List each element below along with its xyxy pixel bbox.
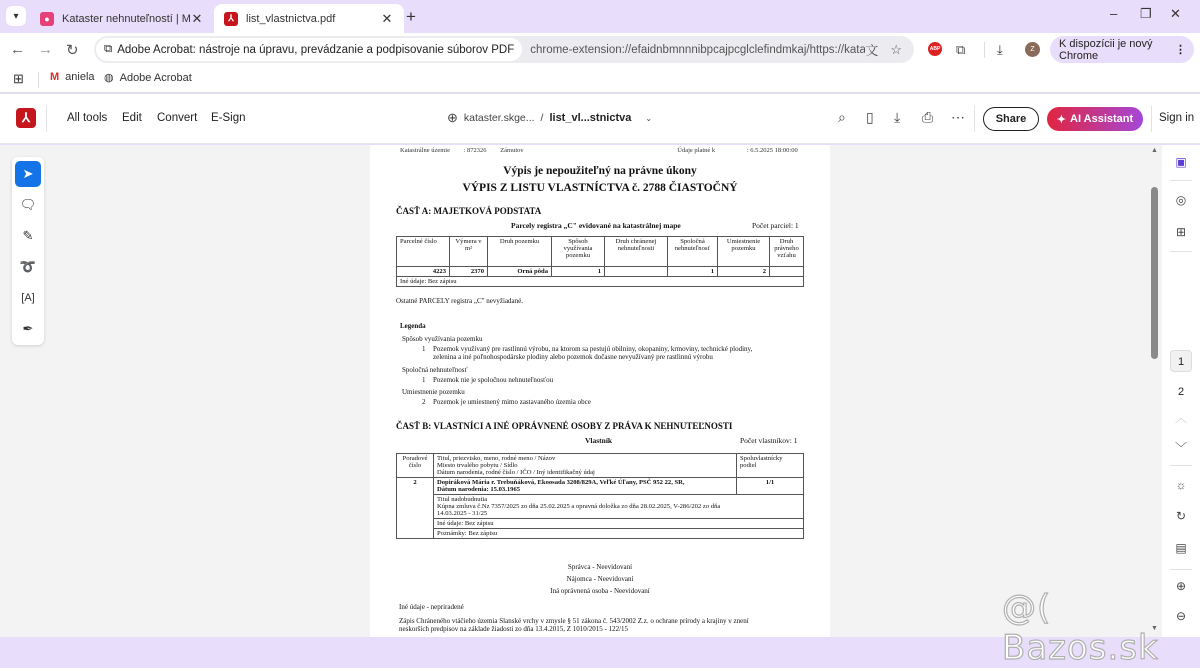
divider	[38, 72, 39, 88]
divider	[984, 42, 985, 58]
adblock-plus-icon[interactable]: ABP	[928, 42, 942, 56]
search-icon[interactable]: ⌕	[838, 109, 846, 126]
globe-icon: ◍	[104, 71, 114, 84]
col-header: Spoluvlastnícky podiel	[737, 454, 804, 478]
part-a-subheading: Parcely registra „C" evidované na katast…	[511, 221, 681, 230]
territory-name: Zámutov	[500, 147, 523, 154]
table-row: 4223 2370 Orná pôda 1 1 2	[397, 267, 804, 277]
legend-text: Pozemok je umiestnený mimo zastavaného ú…	[433, 398, 591, 406]
territory-code: : 872326	[464, 147, 487, 154]
cell	[605, 267, 668, 277]
vertical-scrollbar[interactable]: ▲ ▼	[1148, 145, 1162, 637]
chevron-down-icon[interactable]: ﹀	[1162, 439, 1200, 456]
url-text[interactable]: chrome-extension://efaidnbmnnnibpcajpcgl…	[530, 44, 865, 56]
doc-header: Katastrálne územie : 872326 Zámutov Údaj…	[400, 147, 798, 154]
owner-share: 1/1	[737, 478, 804, 495]
record-text: neskorších predpisov na základe žiadosti…	[399, 625, 628, 633]
gmail-icon: M	[50, 71, 59, 83]
tab-strip: ▾ ● Kataster nehnuteľností | MAPKA ✕ ⅄ l…	[0, 0, 1200, 33]
star-icon[interactable]: ☆	[890, 42, 902, 58]
menu-edit[interactable]: Edit	[122, 112, 142, 124]
breadcrumb-separator: /	[541, 112, 544, 124]
col-header: Druh chránenej nehnuteľnosti	[605, 237, 668, 267]
legend-code: 1	[422, 345, 426, 353]
col-header: Titul, priezvisko, meno, rodné meno / Ná…	[437, 455, 733, 462]
close-window-button[interactable]: ✕	[1170, 6, 1181, 22]
ai-assistant-button[interactable]: ✦ AI Assistant	[1047, 107, 1143, 131]
legend-heading: Spoločná nehnuteľnosť	[402, 366, 468, 374]
menu-all-tools[interactable]: All tools	[67, 112, 107, 124]
zoom-out-icon[interactable]: ⊖	[1162, 609, 1200, 623]
owner-birthdate: Dátum narodenia: 15.03.1965	[437, 486, 733, 493]
tab-kataster[interactable]: ● Kataster nehnuteľností | MAPKA ✕	[30, 4, 214, 33]
remarks: Poznámky: Bez zápisu	[434, 529, 804, 539]
menu-convert[interactable]: Convert	[157, 112, 197, 124]
share-button[interactable]: Share	[983, 107, 1039, 131]
parcel-count: Počet parciel: 1	[752, 221, 799, 230]
ai-assistant-label: AI Assistant	[1070, 113, 1133, 125]
sign-in-link[interactable]: Sign in	[1159, 112, 1194, 124]
cell: 1	[668, 267, 718, 277]
print-icon[interactable]: ⎙	[922, 109, 933, 126]
cell: 1	[552, 267, 605, 277]
record-text: Zápis Chráneného vtáčieho územia Slanské…	[399, 617, 749, 625]
new-tab-button[interactable]: +	[406, 7, 416, 27]
zoom-in-icon[interactable]: ⊕	[1162, 579, 1200, 593]
divider	[1170, 180, 1192, 181]
address-bar[interactable]: ⧉ Adobe Acrobat: nástroje na úpravu, pre…	[94, 36, 914, 63]
extensions-puzzle-icon[interactable]: ⧉	[956, 42, 965, 58]
part-b-subheading: Vlastník	[585, 436, 612, 445]
bookmark-adobe-acrobat[interactable]: ◍ Adobe Acrobat	[104, 71, 192, 84]
page-2-button[interactable]: 2	[1170, 381, 1192, 403]
col-header: Druh právneho vzťahu	[770, 237, 804, 267]
close-tab-icon[interactable]: ✕	[190, 11, 204, 27]
lasso-icon[interactable]: ➰	[15, 254, 41, 280]
cell: Orná pôda	[488, 267, 552, 277]
legend-text: Pozemok nie je spoločnou nehnuteľnosťou	[433, 376, 553, 384]
page-thumbnails-icon[interactable]: ▯	[866, 109, 874, 126]
divider	[46, 106, 47, 132]
file-name: list_vl...stnictva	[549, 112, 631, 124]
col-header: Spoločná nehnuteľnosť	[668, 237, 718, 267]
acrobat-pdf-icon: ⅄	[224, 12, 238, 26]
doc-title-note: Výpis je nepoužiteľný na právne úkony	[370, 165, 830, 177]
kebab-menu-icon[interactable]: ⋮	[1175, 43, 1186, 56]
site-info-chip[interactable]: ⧉ Adobe Acrobat: nástroje na úpravu, pre…	[96, 38, 522, 61]
close-tab-icon[interactable]: ✕	[380, 11, 394, 27]
scrollbar-thumb[interactable]	[1151, 187, 1158, 359]
table-row: 2 Dopiráková Mária r. Trebuňáková, Ekoos…	[397, 478, 804, 495]
cell	[770, 267, 804, 277]
tab-search-button[interactable]: ▾	[6, 6, 26, 26]
rotate-icon[interactable]: ↻	[1162, 509, 1200, 523]
admin-line: Iná oprávnená osoba - Neevidovaní	[370, 587, 830, 595]
other-parcels-note: Ostatné PARCELY registra „C" nevyžiadané…	[396, 297, 523, 305]
col-header: Miesto trvalého pobytu / Sídlo	[437, 462, 733, 469]
acrobat-logo-icon[interactable]: ⅄	[16, 108, 36, 128]
minimize-button[interactable]: –	[1110, 6, 1117, 21]
divider	[1151, 106, 1152, 132]
signature-pen-icon[interactable]: ✒	[15, 316, 41, 342]
scroll-up-icon[interactable]: ▲	[1151, 147, 1158, 154]
owner-count: Počet vlastníkov: 1	[740, 436, 798, 445]
restore-button[interactable]: ❐	[1140, 6, 1152, 22]
legend-heading: Umiestnenie pozemku	[402, 388, 465, 396]
col-header: Poradové číslo	[397, 454, 434, 478]
pdf-page: Katastrálne územie : 872326 Zámutov Údaj…	[370, 145, 830, 637]
tab-title: Kataster nehnuteľností | MAPKA	[62, 13, 190, 25]
parcels-table: Parcelné číslo Výmera v m² Druh pozemku …	[396, 236, 804, 287]
divider	[1170, 569, 1192, 570]
valid-value: : 6.5.2025 18:00:00	[747, 147, 798, 154]
col-header: Výmera v m²	[450, 237, 488, 267]
pdf-viewer: ➤ 🗨 ✎ ➰ [A] ✒ Katastrálne územie : 87232…	[0, 145, 1200, 637]
doc-title: VÝPIS Z LISTU VLASTNÍCTVA č. 2788 ČIASTO…	[370, 182, 830, 194]
update-label: K dispozícii je nový Chrome	[1059, 38, 1194, 62]
legend-code: 2	[422, 398, 426, 406]
acquisition-text: Kúpna zmluva č.Nz 7357/2025 zo dňa 25.02…	[437, 503, 800, 510]
pen-draw-icon[interactable]: ✎	[15, 223, 41, 249]
cell: 2	[718, 267, 770, 277]
divider	[974, 106, 975, 132]
bookmarks-bar: ⊞ M aniela ◍ Adobe Acrobat	[0, 66, 1200, 93]
chevron-up-icon[interactable]: ︿	[1162, 409, 1200, 426]
other-data: Iné údaje: Bez zápisu	[434, 519, 804, 529]
part-a-heading: ČASŤ A: MAJETKOVÁ PODSTATA	[396, 206, 541, 216]
chevron-down-icon[interactable]: ⌄	[645, 114, 652, 123]
other-unassigned: Iné údaje - nepriradené	[399, 603, 464, 611]
legend-text: zelenina a iné poľnohospodárske plodiny …	[433, 353, 713, 361]
col-header: Umiestnenie pozemku	[718, 237, 770, 267]
col-header: Spôsob využívania pozemku	[552, 237, 605, 267]
document-breadcrumb[interactable]: ⊕ kataster.skge... / list_vl...stnictva …	[447, 110, 652, 126]
bookmark-label: Adobe Acrobat	[120, 72, 192, 84]
ai-summary-icon[interactable]: ▣	[1162, 155, 1200, 169]
globe-icon: ⊕	[447, 110, 458, 126]
chevron-down-icon: ▾	[13, 11, 18, 22]
part-b-heading: ČASŤ B: VLASTNÍCI A INÉ OPRÁVNENÉ OSOBY …	[396, 421, 732, 431]
browser-toolbar: ← → ↻ ⧉ Adobe Acrobat: nástroje na úprav…	[0, 33, 1200, 66]
acquisition-label: Titul nadobudnutia	[437, 496, 800, 503]
download-icon[interactable]: ⤓	[894, 109, 900, 126]
acquisition-text: 14.03.2025 - 31/25	[437, 510, 800, 517]
right-rail: ▣ ◎ ⊞ 1 2 ︿ ﹀ ☼ ↻ ▤ ⊕ ⊖	[1162, 145, 1200, 637]
site-chip-label: Adobe Acrobat: nástroje na úpravu, prevá…	[117, 44, 514, 56]
download-icon[interactable]: ⤓	[997, 42, 1003, 58]
thumbnails-grid-icon[interactable]: ⊞	[1162, 225, 1200, 239]
tab-title: list_vlastnictva.pdf	[246, 13, 380, 25]
other-data: Iné údaje: Bez zápisu	[397, 277, 804, 287]
col-header: Druh pozemku	[488, 237, 552, 267]
chrome-update-button[interactable]: K dispozícii je nový Chrome ⋮	[1050, 36, 1194, 63]
admin-line: Správca - Neevidovaní	[370, 563, 830, 571]
quick-tools-panel: ➤ 🗨 ✎ ➰ [A] ✒	[12, 157, 44, 345]
tab-pdf[interactable]: ⅄ list_vlastnictva.pdf ✕	[214, 4, 404, 33]
extension-page-icon: ⧉	[104, 43, 112, 56]
reload-icon[interactable]: ↻	[66, 41, 79, 59]
breadcrumb-site: kataster.skge...	[464, 112, 535, 124]
comment-icon[interactable]: 🗨	[15, 192, 41, 218]
col-header: Dátum narodenia, rodné číslo / IČO / Iný…	[437, 469, 733, 476]
territory-label: Katastrálne územie	[400, 147, 450, 154]
owner-number: 2	[397, 478, 434, 539]
page-1-button[interactable]: 1	[1170, 350, 1192, 372]
apps-grid-icon[interactable]: ⊞	[13, 71, 24, 87]
map-pin-icon: ●	[40, 12, 54, 26]
bookmark-aniela[interactable]: M aniela	[50, 71, 95, 83]
comments-icon[interactable]: ◎	[1162, 193, 1200, 207]
legend-text: Pozemok využívaný pre rastlinnú výrobu, …	[433, 345, 752, 353]
legend-title: Legenda	[400, 322, 426, 330]
back-icon[interactable]: ←	[10, 41, 25, 58]
menu-esign[interactable]: E-Sign	[211, 112, 246, 124]
owners-table: Poradové číslo Titul, priezvisko, meno, …	[396, 453, 804, 539]
divider	[1170, 465, 1192, 466]
profile-avatar[interactable]: Z	[1025, 42, 1040, 57]
cell: 4223	[397, 267, 450, 277]
divider	[1170, 251, 1192, 252]
legend-heading: Spôsob využívania pozemku	[402, 335, 483, 343]
translate-icon[interactable]: 文	[865, 40, 878, 59]
dark-mode-icon[interactable]: ☼	[1162, 478, 1200, 492]
legend-code: 1	[422, 376, 426, 384]
admin-line: Nájomca - Neevidovaní	[370, 575, 830, 583]
ai-chat-icon: ✦	[1057, 113, 1066, 126]
page-display-icon[interactable]: ▤	[1162, 541, 1200, 555]
more-options-icon[interactable]: ⋯	[951, 109, 965, 126]
acrobat-toolbar: ⅄ All tools Edit Convert E-Sign ⊕ katast…	[0, 94, 1200, 144]
owner-name: Dopiráková Mária r. Trebuňáková, Ekoosad…	[437, 479, 733, 486]
text-box-icon[interactable]: [A]	[15, 285, 41, 311]
bookmark-label: aniela	[65, 71, 94, 83]
forward-icon[interactable]: →	[38, 41, 53, 58]
valid-label: Údaje platné k	[677, 147, 715, 154]
col-header: Parcelné číslo	[397, 237, 450, 267]
select-cursor-icon[interactable]: ➤	[15, 161, 41, 187]
scroll-down-icon[interactable]: ▼	[1151, 625, 1158, 632]
cell: 2370	[450, 267, 488, 277]
